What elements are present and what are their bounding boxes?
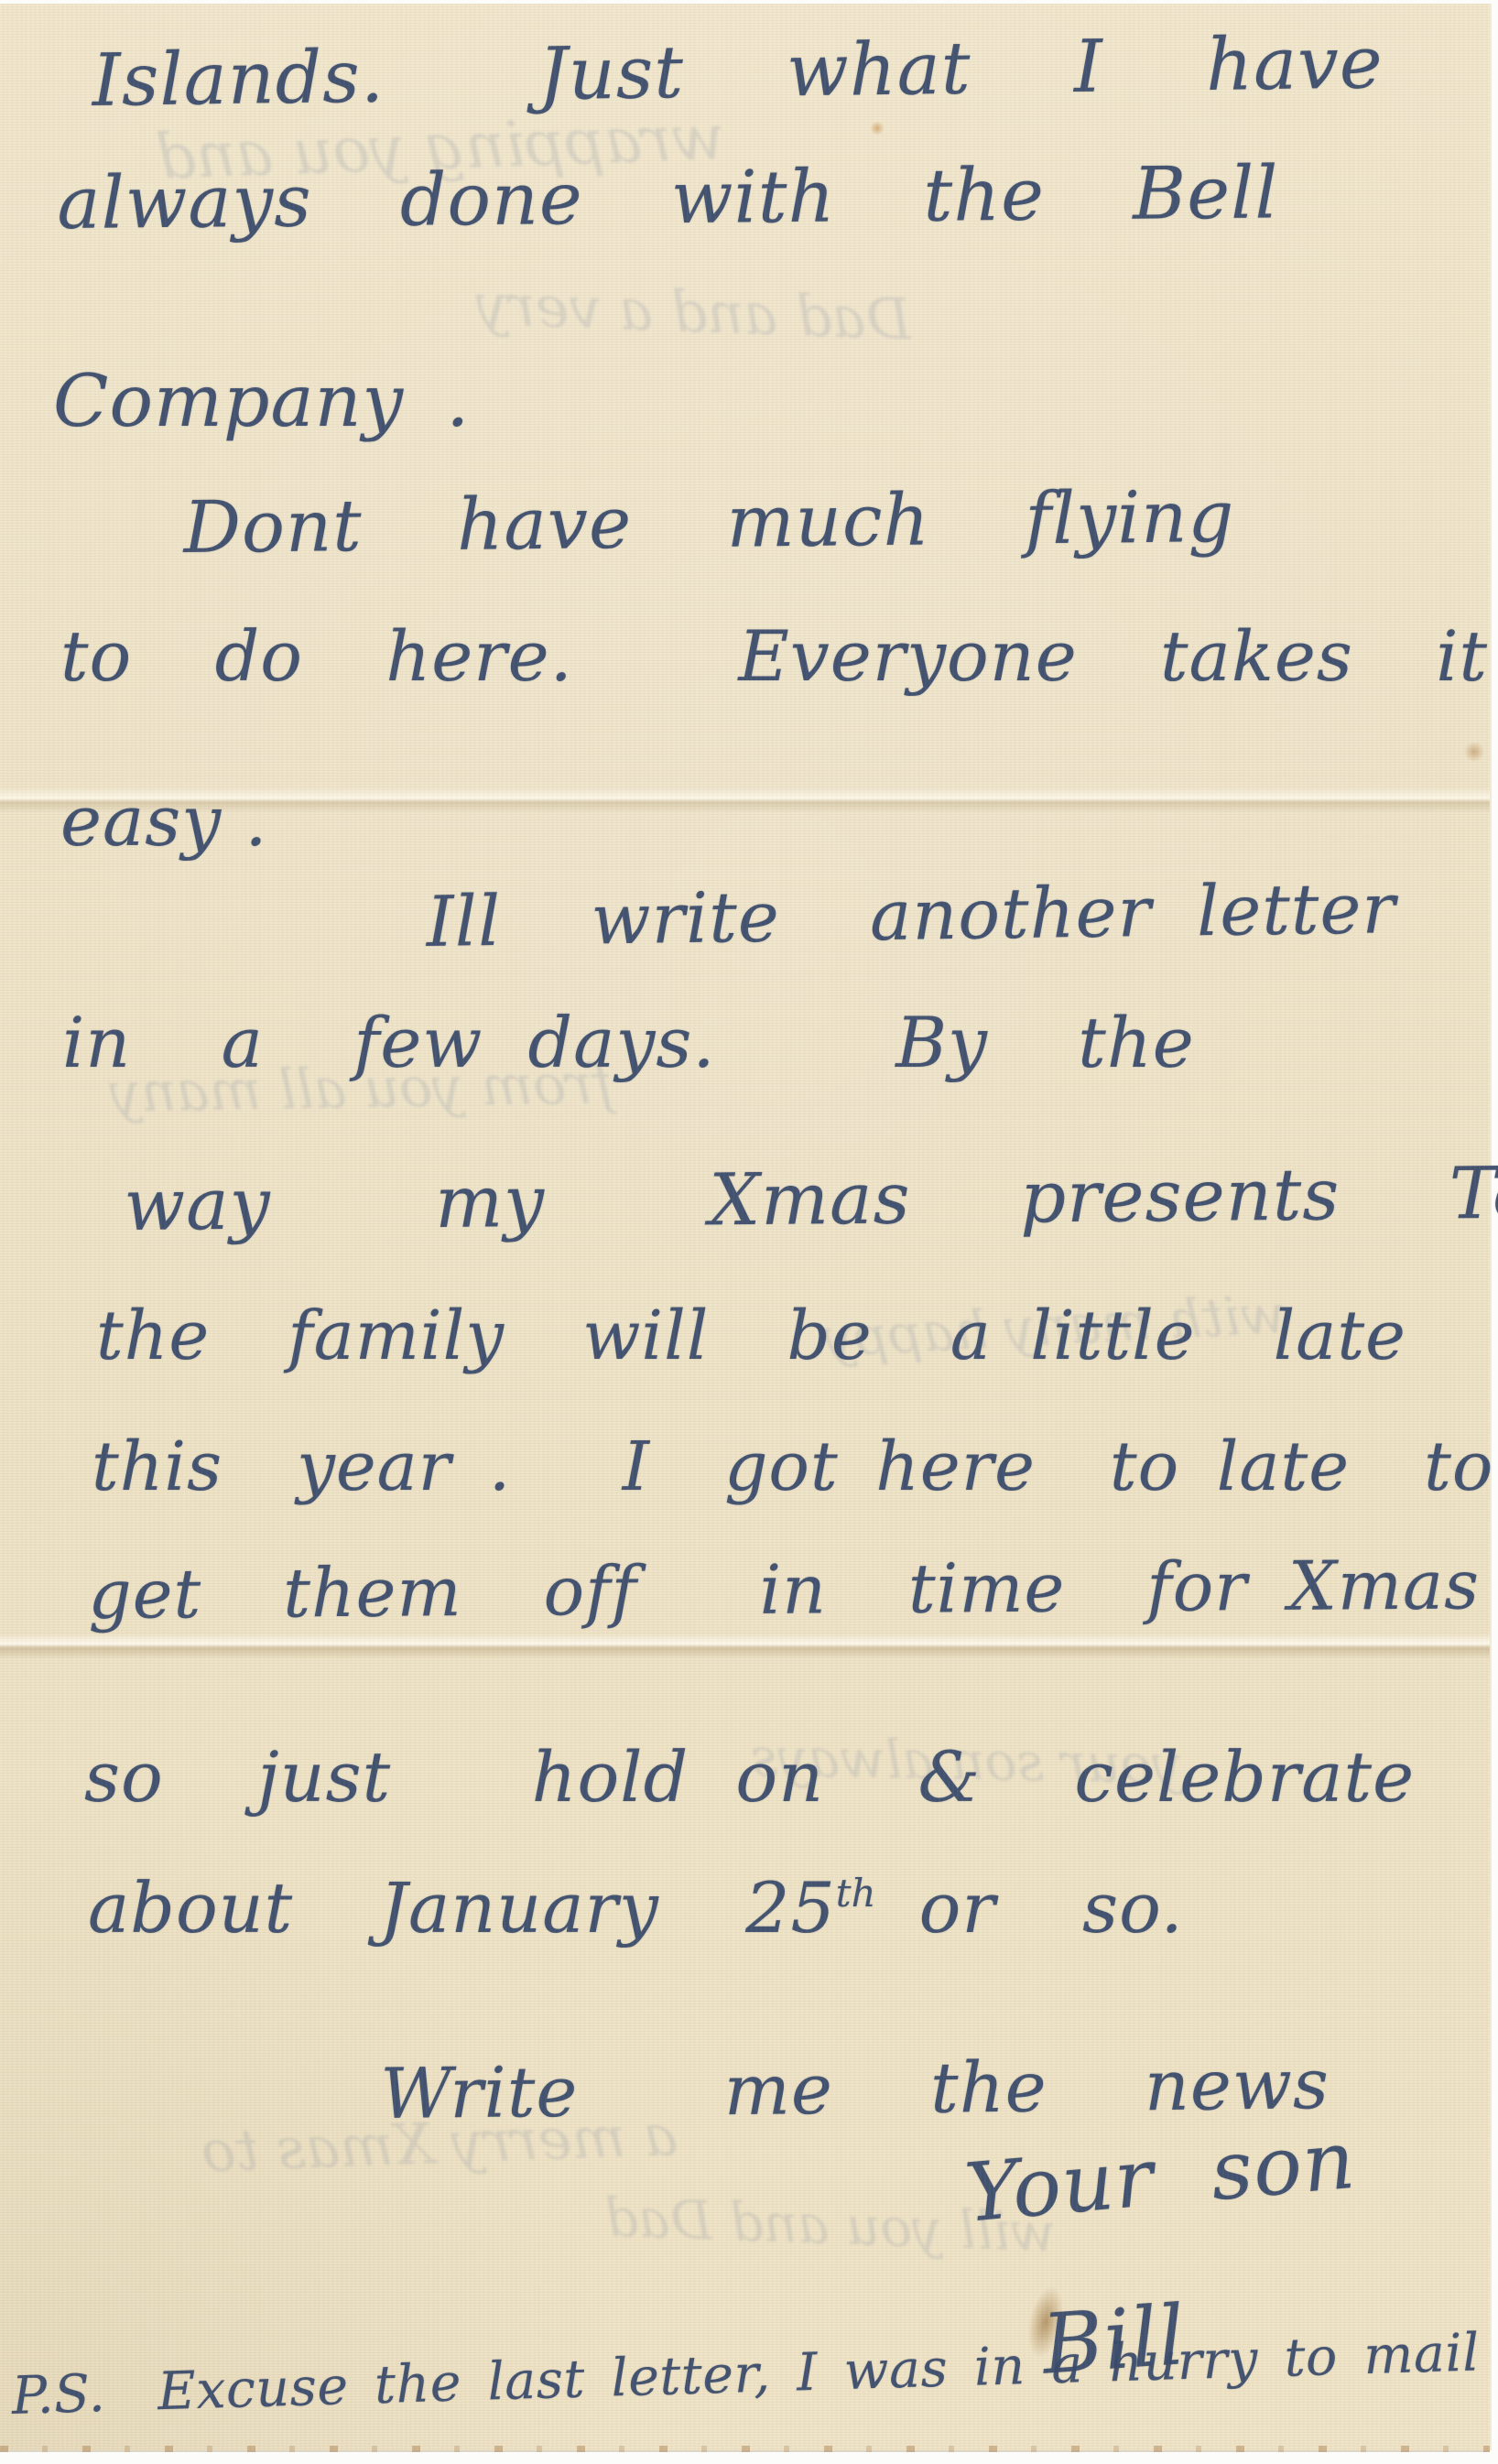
foxing-spot [870, 121, 885, 136]
letter-line: Dont have much flying [183, 476, 1235, 570]
letter-line: Company . [53, 359, 470, 443]
letter-line: get them off in time for Xmas [88, 1546, 1480, 1634]
fold-crease [0, 1634, 1490, 1659]
letter-line: Islands. Just what I have [92, 20, 1384, 123]
letter-line: Ill write another letter [426, 867, 1396, 962]
letter-closing: Your son [961, 2112, 1359, 2241]
letter-line: the family will be a little late [96, 1297, 1406, 1375]
letter-line: easy . [60, 780, 268, 862]
date-text: about January 25 [88, 1867, 836, 1948]
letter-line: way my Xmas presents To [124, 1153, 1498, 1247]
scanned-letter-page: wrapping you and Dad and a very from you… [0, 0, 1498, 2464]
postscript-line: P.S. Excuse the last letter, I was in a … [11, 2319, 1498, 2426]
letter-line: to do here. Everyone takes it [60, 615, 1488, 697]
letter-line: always done with the Bell [57, 150, 1279, 245]
foxing-spot [1463, 742, 1485, 762]
date-ordinal-suffix: th [836, 1871, 876, 1916]
letter-line-date: about January 25th or so. [88, 1867, 1184, 1948]
bleed-through-text: Dad and a very [475, 271, 913, 353]
letter-line: in a few days. By the [62, 1002, 1195, 1083]
date-text: or so. [876, 1867, 1184, 1948]
letter-paper: wrapping you and Dad and a very from you… [0, 4, 1490, 2450]
letter-line: so just hold on & celebrate [84, 1736, 1415, 1818]
letter-line: Write me the news [380, 2043, 1330, 2134]
aged-paper-edge [0, 2446, 1490, 2452]
letter-line: this year . I got here to late to [92, 1427, 1493, 1506]
